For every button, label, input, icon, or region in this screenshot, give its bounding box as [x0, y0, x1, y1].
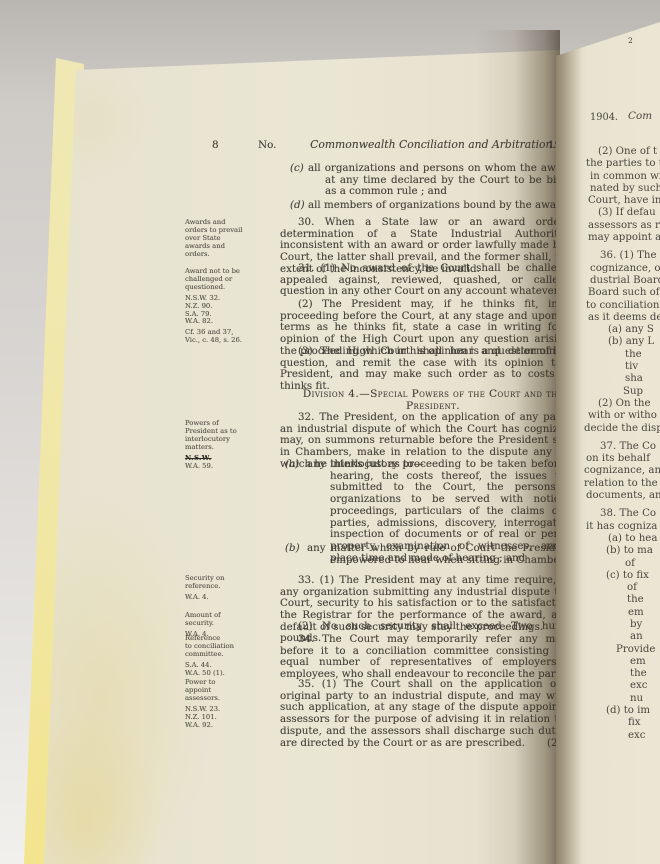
text-line: 36. (1) The	[600, 250, 660, 262]
text-line: cognizance, or	[590, 263, 660, 275]
text-line: (d) to im	[606, 705, 660, 717]
next-page-edge: 2 1904. Com (2) One of tthe parties to t…	[556, 22, 660, 864]
clause-a-label: (a)	[285, 459, 307, 471]
text-line: exc	[630, 680, 660, 692]
text-line: the parties to t	[586, 158, 660, 170]
margin-note-33-security: Security onreference.W.A. 4.	[185, 575, 249, 602]
text-line: em	[630, 656, 660, 668]
text-line: Provide	[616, 644, 660, 656]
text-line: in common wit	[590, 171, 660, 183]
margin-note-32: Powers ofPresident as tointerlocutorymat…	[185, 420, 249, 470]
text-line: the	[630, 668, 660, 680]
text-line: nu	[630, 693, 660, 705]
text-line: W.A. 59.	[185, 463, 249, 471]
text-line: W.A. 4.	[185, 594, 249, 602]
text-line: may appoint a	[588, 232, 660, 244]
text-line: W.A. 82.	[185, 318, 249, 326]
text-line: dustrial Board	[590, 275, 660, 287]
text-line: (a) any S	[608, 324, 660, 336]
next-page-text-fragments: (2) One of tthe parties to tin common wi…	[556, 146, 660, 742]
text-line: Court, have in	[588, 195, 660, 207]
text-line: as it deems de	[588, 312, 660, 324]
text-line: security.	[185, 620, 249, 628]
gutter-shadow	[476, 30, 560, 864]
text-line: Vic., c. 48, s. 26.	[185, 337, 249, 345]
text-line: with or witho	[588, 410, 660, 422]
next-page-title-fragment: Com	[628, 110, 652, 122]
text-line: W.A. 92.	[185, 722, 249, 730]
text-line: relation to the	[584, 478, 660, 490]
margin-note-35: Power toappointassessors.N.S.W. 23.N.Z. …	[185, 679, 249, 729]
text-line: (3) If defau	[598, 207, 660, 219]
clause-d-label: (d)	[290, 200, 308, 212]
text-line: the	[627, 594, 660, 606]
act-number-label: No.	[258, 139, 276, 151]
next-page-year: 1904.	[590, 112, 618, 123]
text-line: tiv	[625, 361, 660, 373]
text-line: documents, an	[586, 490, 660, 502]
text-line: exc	[628, 730, 660, 742]
text-line: nated by such	[590, 183, 660, 195]
text-line: (2) On the	[598, 398, 660, 410]
scanned-document: 8 No. Commonwealth Conciliation and Arbi…	[0, 0, 660, 864]
text-line: the	[625, 349, 660, 361]
text-line: an	[630, 631, 660, 643]
text-line: em	[628, 607, 660, 619]
text-line: it has cogniza	[586, 521, 660, 533]
text-line: Board such of	[588, 287, 660, 299]
text-line: Sup	[623, 386, 660, 398]
text-line: decide the disp	[584, 423, 660, 435]
text-line: sha	[625, 373, 660, 385]
text-line: fix	[628, 717, 660, 729]
text-line: to conciliation	[586, 300, 660, 312]
text-line: reference.	[185, 583, 249, 591]
clause-c-label: (c)	[290, 163, 308, 175]
text-line: 37. The Co	[600, 441, 660, 453]
text-line: (b) any L	[608, 336, 660, 348]
text-line: assessors.	[185, 695, 249, 703]
text-line: (a) to hea	[608, 533, 660, 545]
text-line: questioned.	[185, 284, 249, 292]
clause-b-label: (b)	[285, 543, 307, 555]
text-line: cognizance, an	[584, 465, 660, 477]
text-line: W.A. 50 (1).	[185, 670, 249, 678]
text-line: of	[625, 558, 660, 570]
text-line: orders.	[185, 251, 249, 259]
text-line: (c) to fix	[606, 570, 660, 582]
text-line: committee.	[185, 651, 249, 659]
margin-note-31: Award not to bechallenged orquestioned.N…	[185, 268, 249, 345]
text-line: of	[627, 582, 660, 594]
text-line: matters.	[185, 444, 249, 452]
next-page-corner-mark: 2	[628, 36, 633, 45]
text-line: (2) One of t	[598, 146, 660, 158]
text-line: on its behalf	[586, 453, 660, 465]
margin-note-30: Awards andorders to prevailover Stateawa…	[185, 219, 249, 259]
page-number: 8	[212, 139, 219, 151]
text-line: (b) to ma	[606, 545, 660, 557]
text-line: by	[630, 619, 660, 631]
text-line: 38. The Co	[600, 508, 660, 520]
margin-note-34: Referenceto conciliationcommittee.S.A. 4…	[185, 635, 249, 678]
text-line: assessors as re	[588, 220, 660, 232]
